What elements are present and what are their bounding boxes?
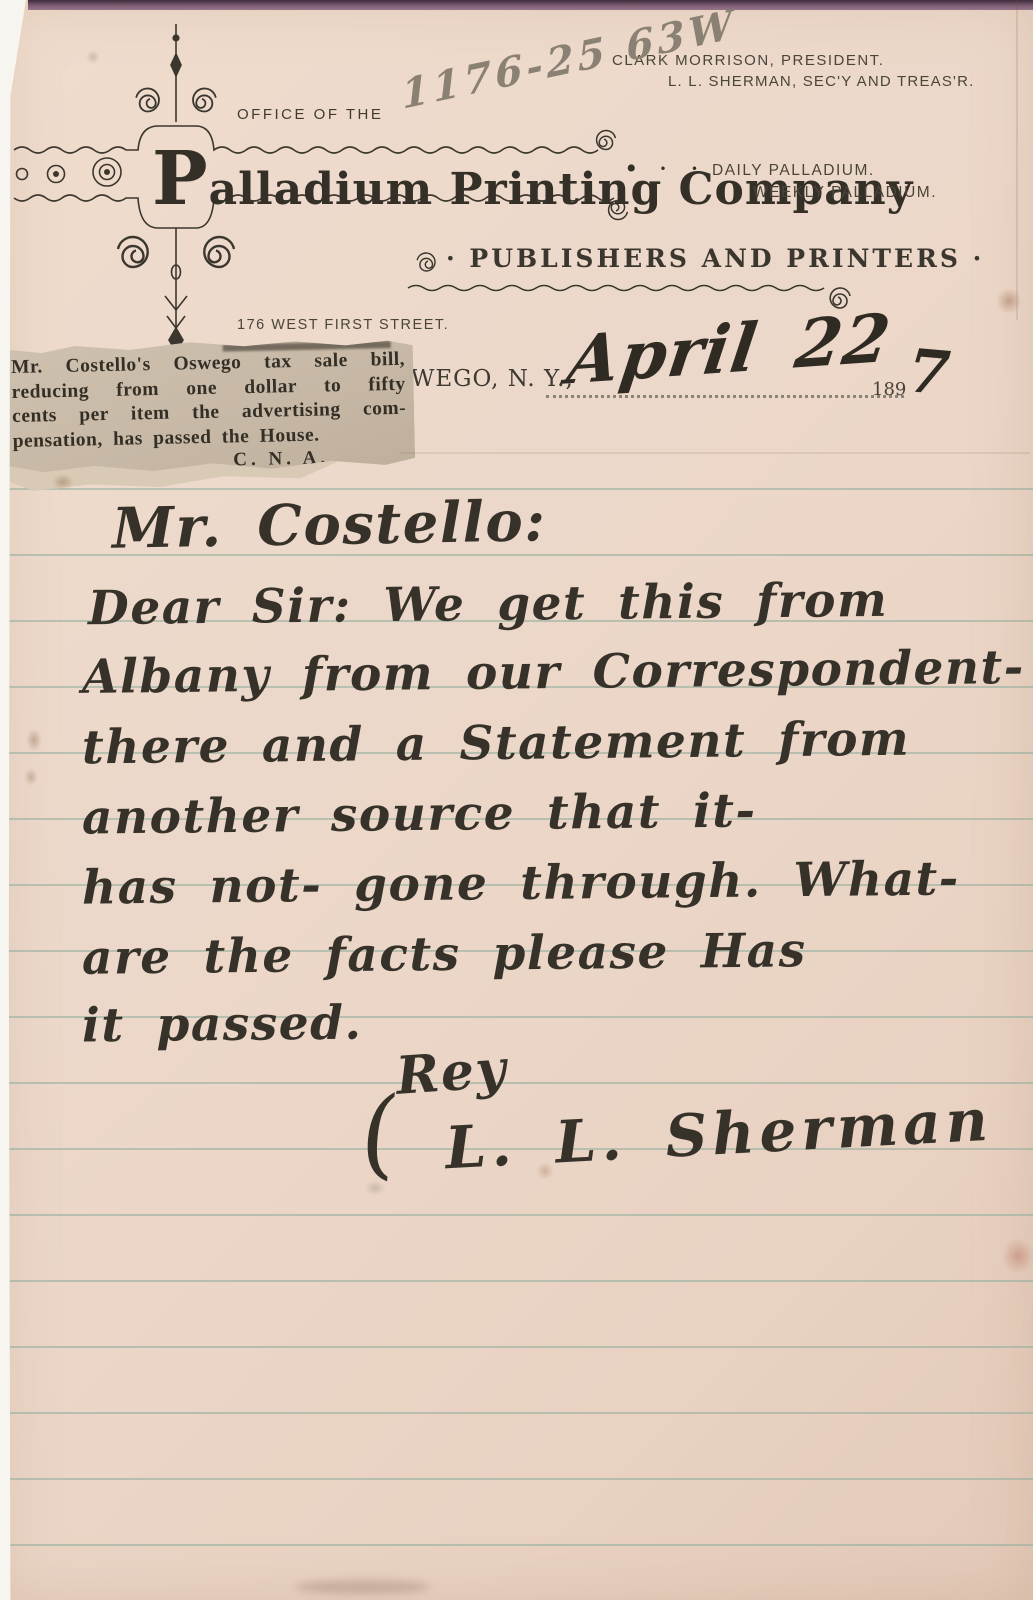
office-of-the-label: OFFICE OF THE [237,106,383,123]
street-address: 176 WEST FIRST STREET. [237,317,449,333]
handwritten-year-digit: 7 [905,336,954,410]
officer-line-secretary: L. L. SHERMAN, SEC'Y AND TREAS'R. [668,73,975,90]
handwritten-line: it passed. [82,996,363,1054]
newspaper-clipping: Mr. Costello's Oswego tax sale bill, red… [0,338,415,475]
letter-salutation: Mr. Costello: [111,488,546,562]
paper-stain [996,288,1022,314]
paper-crease [400,452,1030,454]
publication-weekly: WEEKLY PALLADIUM. [753,184,937,202]
handwritten-line: has not- gone through. What- [82,851,960,915]
publication-daily: DAILY PALLADIUM. [712,162,875,180]
handwritten-line: are the facts please Has [82,923,807,986]
handwritten-line: Dear Sir: We get this from [88,573,889,636]
handwritten-line: there and a Statement from [82,712,911,776]
company-name-dots: • · · [626,152,699,186]
paper-smudge [295,1580,430,1594]
handwritten-line: another source that it- [82,783,757,845]
scanned-letter-page: CLARK MORRISON, PRESIDENT. L. L. SHERMAN… [0,0,1033,1600]
printed-year-prefix: 189 [872,379,906,400]
paper-crease [1016,0,1018,320]
letter-paper: CLARK MORRISON, PRESIDENT. L. L. SHERMAN… [0,0,1033,1600]
publishers-tagline: · PUBLISHERS AND PRINTERS · [446,244,984,273]
binding-edge-strip [28,0,1033,10]
city-line: SWEGO, N. Y., [394,366,574,392]
handwritten-line: Albany from our Correspondent- [82,640,1025,705]
letter-closing: Rey [394,1038,509,1107]
paper-stain [86,50,100,64]
